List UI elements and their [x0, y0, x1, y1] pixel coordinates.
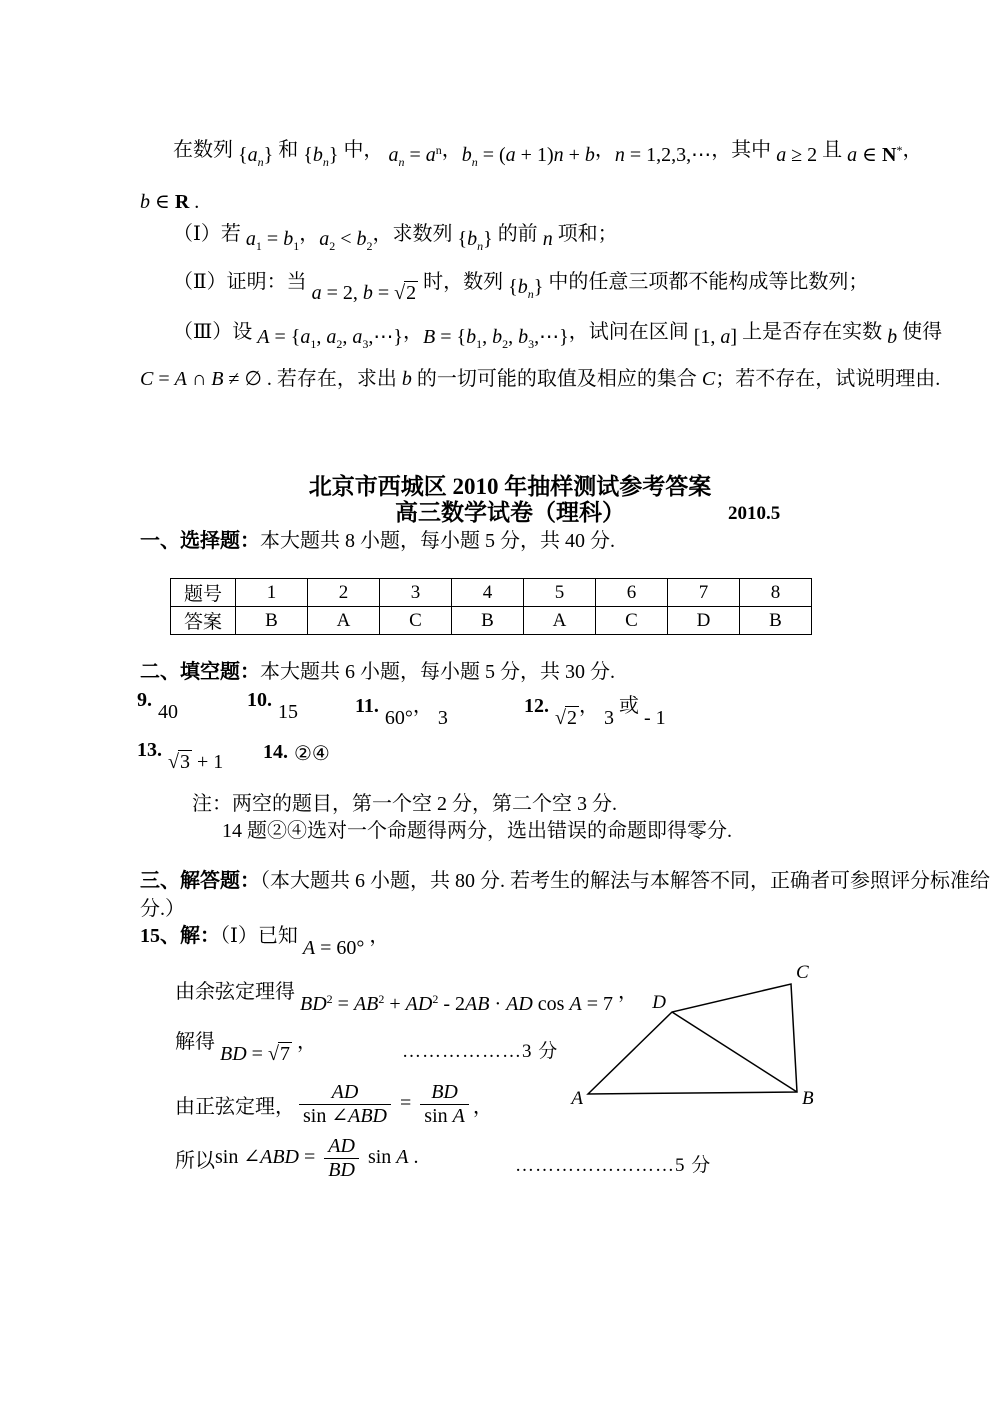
answer-value: ②④ [294, 741, 330, 766]
blank-answer-11: 11.60°， 3 [355, 689, 448, 718]
section-choice-heading: 一、选择题：本大题共 8 小题，每小题 5 分，共 40 分. [140, 529, 615, 554]
answer-cell: A [308, 607, 380, 635]
problem-part-3-continued: C = A ∩ B ≠ ∅ . 若存在，求出 b 的一切可能的取值及相应的集合 … [140, 367, 940, 392]
answer-value: 60°， 3 [385, 701, 448, 730]
cosine-rule-label: 由余弦定理得 [175, 981, 295, 1003]
conclusion-equation: sin ∠ABD = ADBD sin A . [215, 1135, 419, 1182]
problem-15-solution-head: 15、解：（Ⅰ）已知A = 60°， [140, 924, 389, 949]
section-solution-label: 三、解答题： [140, 870, 260, 892]
choice-answer-table: 题号 1 2 3 4 5 6 7 8 答案 B A C B A C D B [170, 578, 812, 635]
row-label-question: 题号 [171, 579, 236, 607]
bd-result-line: 解得BD = √7， [175, 1030, 317, 1055]
question-number: 10. [247, 689, 272, 711]
vertex-label-a: A [569, 1088, 583, 1108]
vertex-label-d: D [651, 992, 666, 1013]
question-number: 13. [137, 739, 162, 761]
question-number-cell: 2 [308, 579, 380, 607]
score-5-marks: ……………………5 分 [515, 1150, 711, 1177]
question-number-cell: 4 [452, 579, 524, 607]
question-number-row: 题号 1 2 3 4 5 6 7 8 [171, 579, 812, 607]
score-3-marks: ………………3 分 [402, 1036, 558, 1063]
answer-key-date: 2010.5 [728, 502, 780, 526]
sine-rule-equation: ADsin ∠ABD = BDsin A [295, 1081, 473, 1128]
answer-value: √2， 3 或 - 1 [555, 701, 666, 730]
conclusion-line: 所以 sin ∠ABD = ADBD sin A . [175, 1133, 419, 1183]
bd-result-equation: BD = √7 [220, 1043, 292, 1065]
answer-cell: B [452, 607, 524, 635]
blank-answer-14: 14.②④ [263, 739, 330, 764]
problem-part-1: （Ⅰ）若 a1 = b1，a2 < b2，求数列 {bn} 的前 n 项和； [173, 222, 618, 249]
vertex-label-b: B [802, 1088, 814, 1108]
vertex-label-c: C [796, 962, 809, 983]
row-label-answer: 答案 [171, 607, 236, 635]
answer-value: 15 [278, 701, 298, 724]
conclusion-label: 所以 [175, 1144, 215, 1173]
question-number-cell: 1 [236, 579, 308, 607]
section-solution-heading-line-1: 三、解答题：（本大题共 6 小题，共 80 分. 若考生的解法与本解答不同，正确… [140, 869, 990, 894]
section-solution-heading-line-2: 分.） [140, 897, 185, 922]
answer-cell: B [740, 607, 812, 635]
blank-answer-12: 12.√2， 3 或 - 1 [524, 689, 666, 718]
question-number: 11. [355, 695, 379, 717]
quadrilateral-outline [588, 984, 797, 1094]
comma: ， [297, 1031, 317, 1053]
answer-cell: C [380, 607, 452, 635]
answer-cell: D [668, 607, 740, 635]
problem-15-part-label: （Ⅰ）已知 [220, 925, 298, 947]
comma: ， [369, 925, 389, 947]
question-number: 12. [524, 695, 549, 717]
question-number-cell: 7 [668, 579, 740, 607]
problem-line-intro-1: 在数列 {an} 和 {bn} 中， an = an，bn = (a + 1)n… [173, 138, 922, 165]
problem-part-2: （Ⅱ）证明：当 a = 2, b = √2 时，数列 {bn} 中的任意三项都不… [173, 270, 868, 297]
page: 在数列 {an} 和 {bn} 中， an = an，bn = (a + 1)n… [0, 0, 1000, 1415]
note-line-2: 14 题②④选对一个命题得两分，选出错误的命题即得零分. [222, 819, 732, 844]
question-number-cell: 8 [740, 579, 812, 607]
blank-answer-9: 9.40 [137, 689, 178, 712]
question-number: 14. [263, 741, 288, 763]
section-blank-text: 本大题共 6 小题，每小题 5 分，共 30 分. [260, 661, 615, 683]
section-blank-label: 二、填空题： [140, 661, 260, 683]
given-angle-equation: A = 60° [303, 937, 365, 959]
note-line-1: 注：两空的题目，第一个空 2 分，第二个空 3 分. [192, 792, 617, 817]
question-number-cell: 5 [524, 579, 596, 607]
bd-result-label: 解得 [175, 1031, 215, 1053]
blank-answer-13: 13.√3 + 1 [137, 739, 223, 762]
sine-rule-label: 由正弦定理， [175, 1090, 295, 1119]
answer-row: 答案 B A C B A C D B [171, 607, 812, 635]
answer-cell: C [596, 607, 668, 635]
question-number: 9. [137, 689, 152, 711]
section-blank-heading: 二、填空题：本大题共 6 小题，每小题 5 分，共 30 分. [140, 660, 615, 685]
blank-answer-10: 10.15 [247, 689, 298, 712]
diagonal-db [672, 1012, 797, 1092]
problem-part-3: （Ⅲ）设 A = {a1, a2, a3,⋯}，B = {b1, b2, b3,… [173, 320, 942, 347]
answer-cell: B [236, 607, 308, 635]
geometry-figure: A B C D [565, 958, 815, 1108]
sine-rule-line: 由正弦定理，ADsin ∠ABD = BDsin A， [175, 1078, 493, 1130]
answer-value: 40 [158, 701, 178, 724]
question-number-cell: 3 [380, 579, 452, 607]
answer-cell: A [524, 607, 596, 635]
problem-line-intro-2: b ∈ R . [140, 190, 199, 215]
problem-15-label: 15、解： [140, 925, 220, 947]
comma: ， [473, 1090, 493, 1119]
question-number-cell: 6 [596, 579, 668, 607]
section-solution-text: （本大题共 6 小题，共 80 分. 若考生的解法与本解答不同，正确者可参照评分… [260, 870, 990, 892]
section-choice-label: 一、选择题： [140, 530, 260, 552]
section-choice-text: 本大题共 8 小题，每小题 5 分，共 40 分. [260, 530, 615, 552]
answer-value: √3 + 1 [168, 751, 223, 774]
